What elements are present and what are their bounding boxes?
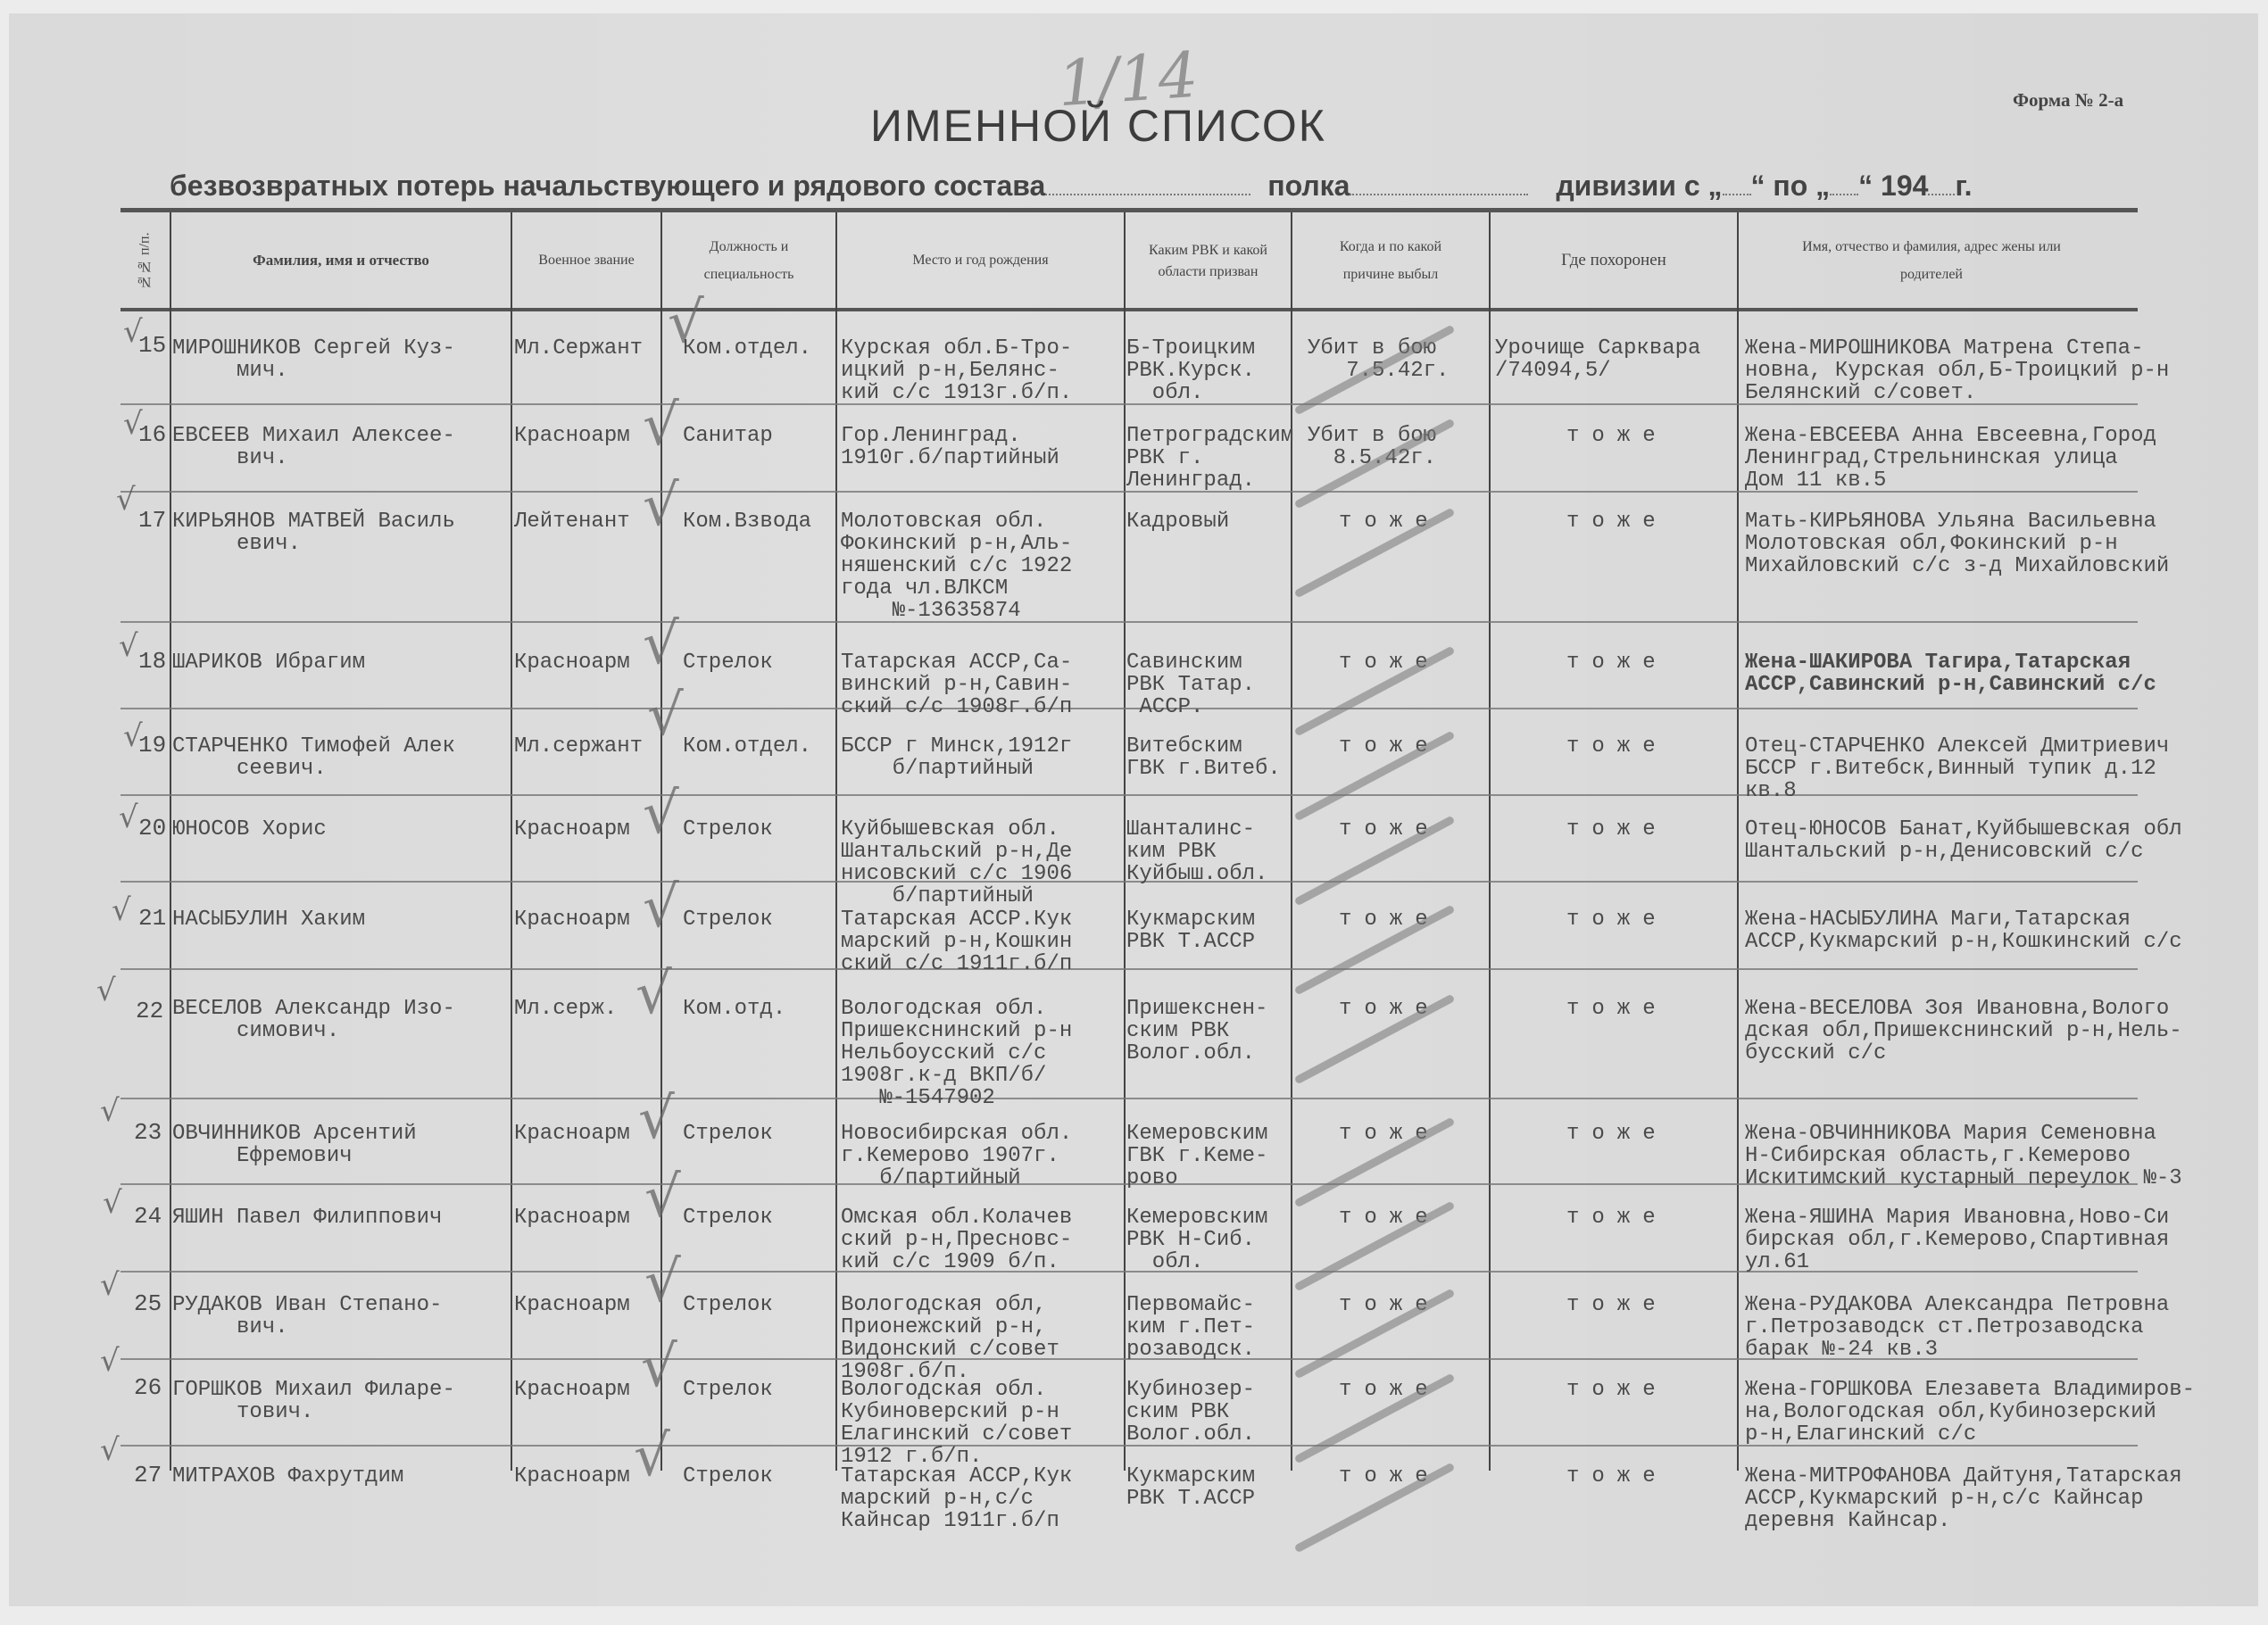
relatives-address: Отец-ЮНОСОВ Банат,Куйбышевская обл Шанта… (1745, 818, 2182, 863)
draft-office: Петроградским РВК г. Ленинград. (1126, 425, 1293, 492)
birth-place-year: Гор.Ленинград. 1910г.б/партийный (841, 425, 1059, 469)
checkmark-icon: √ (119, 800, 138, 835)
burial-place: тоже (1566, 818, 1668, 841)
form-number: Форма № 2-а (2013, 89, 2123, 112)
birth-place-year: Вологодская обл, Прионежский р-н, Видонс… (841, 1294, 1059, 1383)
checkmark-icon: √ (119, 628, 138, 664)
checkmark-icon: √ (634, 1428, 670, 1485)
position: Ком.отдел. (683, 337, 811, 360)
checkmark-icon: √ (643, 879, 679, 936)
checkmark-icon: √ (112, 892, 131, 928)
burial-place: Урочище Сарквара /74094,5/ (1495, 337, 1700, 382)
row-number: 21 (138, 905, 166, 932)
relatives-address: Жена-ЯШИНА Мария Ивановна,Ново-Си бирска… (1745, 1206, 2169, 1273)
row-number: 16 (138, 421, 166, 448)
draft-office: Кемеровским ГВК г.Keме- рово (1126, 1123, 1267, 1190)
military-rank: Мл.Сержант (514, 337, 643, 360)
soldier-name: ВЕСЕЛОВ Александр Изо- симович. (172, 998, 455, 1042)
checkmark-icon: √ (100, 1432, 120, 1468)
row-number: 24 (134, 1203, 162, 1230)
draft-office: Кубинозер- ским РВК Волог.обл. (1126, 1379, 1255, 1446)
position: Стрелок (683, 818, 773, 841)
draft-office: Витебским ГВК г.Витеб. (1126, 735, 1281, 780)
draft-office: Кадровый (1126, 510, 1229, 533)
military-rank: Красноарм (514, 651, 630, 674)
header-when-why-left: Когда и по какой причине выбыл (1292, 214, 1489, 308)
checkmark-icon: √ (116, 482, 136, 518)
relatives-address: Мать-КИРЬЯНОВА Ульяна Васильевна Молотов… (1745, 510, 2169, 577)
checkmark-icon: √ (100, 1267, 120, 1303)
checkmark-icon: √ (643, 785, 679, 842)
birth-place-year: Омская обл.Колачев ский р-н,Пресновс- ки… (841, 1206, 1072, 1273)
checkmark-icon: √ (643, 397, 679, 454)
military-rank: Красноарм (514, 1465, 630, 1488)
checkmark-icon: √ (643, 477, 679, 535)
column-divider (1737, 212, 1739, 1471)
military-rank: Красноарм (514, 1294, 630, 1316)
burial-place: тоже (1566, 908, 1668, 931)
burial-place: тоже (1566, 510, 1668, 533)
position: Стрелок (683, 1123, 773, 1145)
soldier-name: НАСЫБУЛИН Хаким (172, 908, 365, 931)
draft-office: Кукмарским РВК Т.АССР (1126, 1465, 1255, 1510)
military-rank: Красноарм (514, 908, 630, 931)
soldier-name: ОВЧИННИКОВ Арсентий Ефремович (172, 1123, 417, 1167)
blank-year (1928, 194, 1955, 195)
birth-place-year: Вологодская обл. Пришекснинский р-н Нель… (841, 998, 1072, 1109)
military-rank: Лейтенант (514, 510, 630, 533)
military-rank: Мл.сержант (514, 735, 643, 758)
military-rank: Красноарм (514, 1123, 630, 1145)
header-relatives-address: Имя, отчество и фамилия, адрес жены или … (1739, 214, 2124, 308)
soldier-name: ЮНОСОВ Хорис (172, 818, 327, 841)
birth-place-year: Куйбышевская обл. Шантальский р-н,Де нис… (841, 818, 1072, 908)
birth-place-year: БССР г Минск,1912г б/партийный (841, 735, 1072, 780)
relatives-address: Жена-РУДАКОВА Александра Петровна г.Петр… (1745, 1294, 2169, 1361)
row-separator (120, 968, 2138, 970)
relatives-address: Отец-СТАРЧЕНКО Алексей Дмитриевич БССР г… (1745, 735, 2169, 802)
relatives-address: Жена-МИРОШНИКОВА Матрена Степа- новна, К… (1745, 337, 2169, 404)
header-row-number: №№ п/п. (120, 214, 170, 308)
blank-unit-field (1045, 194, 1250, 195)
birth-place-year: Татарская АССР,Са- винский р-н,Савин- ск… (841, 651, 1072, 718)
row-number: 22 (136, 998, 163, 1024)
burial-place: тоже (1566, 1379, 1668, 1401)
relatives-address: Жена-ОВЧИННИКОВА Мария Семеновна Н-Сибир… (1745, 1123, 2182, 1190)
draft-office: Шанталинс- ким РВК Куйбыш.обл. (1126, 818, 1267, 885)
subtitle-division: дивизии с „ (1556, 170, 1722, 202)
header-top-rule (120, 208, 2138, 212)
draft-office: Б-Троицким РВК.Курск. обл. (1126, 337, 1255, 404)
row-number: 20 (138, 815, 166, 842)
header-birth-place-year: Место и год рождения (837, 214, 1124, 308)
draft-office: Савинским РВК Татар. АССР. (1126, 651, 1255, 718)
birth-place-year: Татарская АССР,Кук марский р-н,с/с Кайнс… (841, 1465, 1072, 1532)
checkmark-icon: √ (643, 616, 679, 673)
row-number: 17 (138, 507, 166, 534)
relatives-address: Жена-ВЕСЕЛОВА Зоя Ивановна,Волого дская … (1745, 998, 2182, 1065)
burial-place: тоже (1566, 1465, 1668, 1488)
header-burial-place: Где похоронен (1491, 214, 1737, 308)
checkmark-icon: √ (644, 1254, 681, 1311)
soldier-name: МИТРАХОВ Фахрутдим (172, 1465, 403, 1488)
subtitle-losses: безвозвратных потерь начальствующего и р… (170, 170, 1045, 202)
column-divider (1489, 212, 1491, 1471)
row-separator (120, 621, 2138, 623)
burial-place: тоже (1566, 735, 1668, 758)
relatives-address: Жена-ШАКИРОВА Тагира,Татарская АССР,Сави… (1745, 651, 2156, 696)
checkmark-icon: √ (636, 966, 672, 1023)
subtitle-year: “ 194 (1858, 170, 1928, 202)
checkmark-icon: √ (103, 1185, 122, 1221)
birth-place-year: Молотовская обл. Фокинский р-н,Аль- няше… (841, 510, 1072, 622)
position: Стрелок (683, 1206, 773, 1229)
header-military-rank: Военное звание (512, 214, 660, 308)
soldier-name: ШАРИКОВ Ибрагим (172, 651, 365, 674)
checkmark-icon: √ (641, 1339, 677, 1396)
soldier-name: ЯШИН Павел Филиппович (172, 1206, 442, 1229)
position: Ком.Взвода (683, 510, 811, 533)
soldier-name: РУДАКОВ Иван Степано- вич. (172, 1294, 442, 1339)
column-divider (170, 212, 171, 1471)
subtitle-year-suffix: г. (1955, 170, 1972, 202)
position: Санитар (683, 425, 773, 447)
row-separator (120, 1098, 2138, 1099)
blank-regiment-field (1350, 194, 1528, 195)
draft-office: Кукмарским РВК Т.АССР (1126, 908, 1255, 953)
subtitle-regiment: полка (1267, 170, 1350, 202)
document-subtitle: безвозвратных потерь начальствующего и р… (170, 170, 1972, 203)
birth-place-year: Вологодская обл. Кубиноверский р-н Елаги… (841, 1379, 1072, 1468)
header-bottom-rule (120, 308, 2138, 311)
relatives-address: Жена-НАСЫБУЛИНА Маги,Татарская АССР,Кукм… (1745, 908, 2182, 953)
draft-office: Пришекснен- ским РВК Волог.обл. (1126, 998, 1267, 1065)
checkmark-icon: √ (100, 1343, 120, 1379)
military-rank: Красноарм (514, 1379, 630, 1401)
column-divider (1124, 212, 1126, 1471)
checkmark-icon: √ (647, 687, 684, 744)
position: Ком.отдел. (683, 735, 811, 758)
row-number: 25 (134, 1290, 162, 1317)
military-rank: Красноарм (514, 425, 630, 447)
relatives-address: Жена-ГОРШКОВА Елезавета Владимиров- на,В… (1745, 1379, 2195, 1446)
position: Ком.отд. (683, 998, 785, 1020)
soldier-name: КИРЬЯНОВ МАТВЕЙ Василь евич. (172, 510, 455, 555)
header-draft-office: Каким РВК и какой области призван (1126, 214, 1291, 308)
column-divider (835, 212, 837, 1471)
position: Стрелок (683, 651, 773, 674)
document-title: ИМЕННОЙ СПИСОК (870, 100, 1326, 152)
military-rank: Красноарм (514, 1206, 630, 1229)
column-divider (511, 212, 512, 1471)
checkmark-icon: √ (644, 1169, 681, 1226)
blank-date-from (1723, 194, 1751, 195)
draft-office: Кемеровским РВК Н-Сиб. обл. (1126, 1206, 1267, 1273)
burial-place: тоже (1566, 425, 1668, 447)
position: Стрелок (683, 1465, 773, 1488)
row-number: 26 (134, 1374, 162, 1401)
column-divider (1291, 212, 1292, 1471)
position: Стрелок (683, 1294, 773, 1316)
position: Стрелок (683, 1379, 773, 1401)
burial-place: тоже (1566, 1294, 1668, 1316)
position: Стрелок (683, 908, 773, 931)
military-rank: Мл.серж. (514, 998, 617, 1020)
checkmark-icon: √ (638, 1090, 675, 1148)
checkmark-icon: √ (100, 1093, 120, 1129)
soldier-name: ЕВСЕЕВ Михаил Алексее- вич. (172, 425, 455, 469)
soldier-name: ГОРШКОВ Михаил Филаре- тович. (172, 1379, 455, 1423)
row-number: 23 (134, 1119, 162, 1146)
burial-place: тоже (1566, 651, 1668, 674)
birth-place-year: Новосибирская обл. г.Кемерово 1907г. б/п… (841, 1123, 1072, 1190)
soldier-name: МИРОШНИКОВ Сергей Куз- мич. (172, 337, 455, 382)
row-number: 15 (138, 332, 166, 359)
burial-place: тоже (1566, 998, 1668, 1020)
burial-place: тоже (1566, 1206, 1668, 1229)
header-full-name: Фамилия, имя и отчество (171, 214, 511, 308)
relatives-address: Жена-ЕВСЕЕВА Анна Евсеевна,Город Ленингр… (1745, 425, 2156, 492)
birth-place-year: Курская обл.Б-Тро- ицкий р-н,Белянс- кий… (841, 337, 1072, 404)
subtitle-to: “ по „ (1751, 170, 1831, 202)
draft-office: Первомайс- ким г.Пет- розаводск. (1126, 1294, 1255, 1361)
row-number: 27 (134, 1462, 162, 1488)
military-rank: Красноарм (514, 818, 630, 841)
relatives-address: Жена-МИТРОФАНОВА Дайтуня,Татарская АССР,… (1745, 1465, 2182, 1532)
burial-place: тоже (1566, 1123, 1668, 1145)
checkmark-icon: √ (96, 973, 116, 1008)
blank-date-to (1830, 194, 1858, 195)
soldier-name: СТАРЧЕНКО Тимофей Алек сеевич. (172, 735, 455, 780)
row-number: 19 (138, 732, 166, 759)
row-number: 18 (138, 648, 166, 675)
birth-place-year: Татарская АССР.Кук марский р-н,Кошкин ск… (841, 908, 1072, 975)
